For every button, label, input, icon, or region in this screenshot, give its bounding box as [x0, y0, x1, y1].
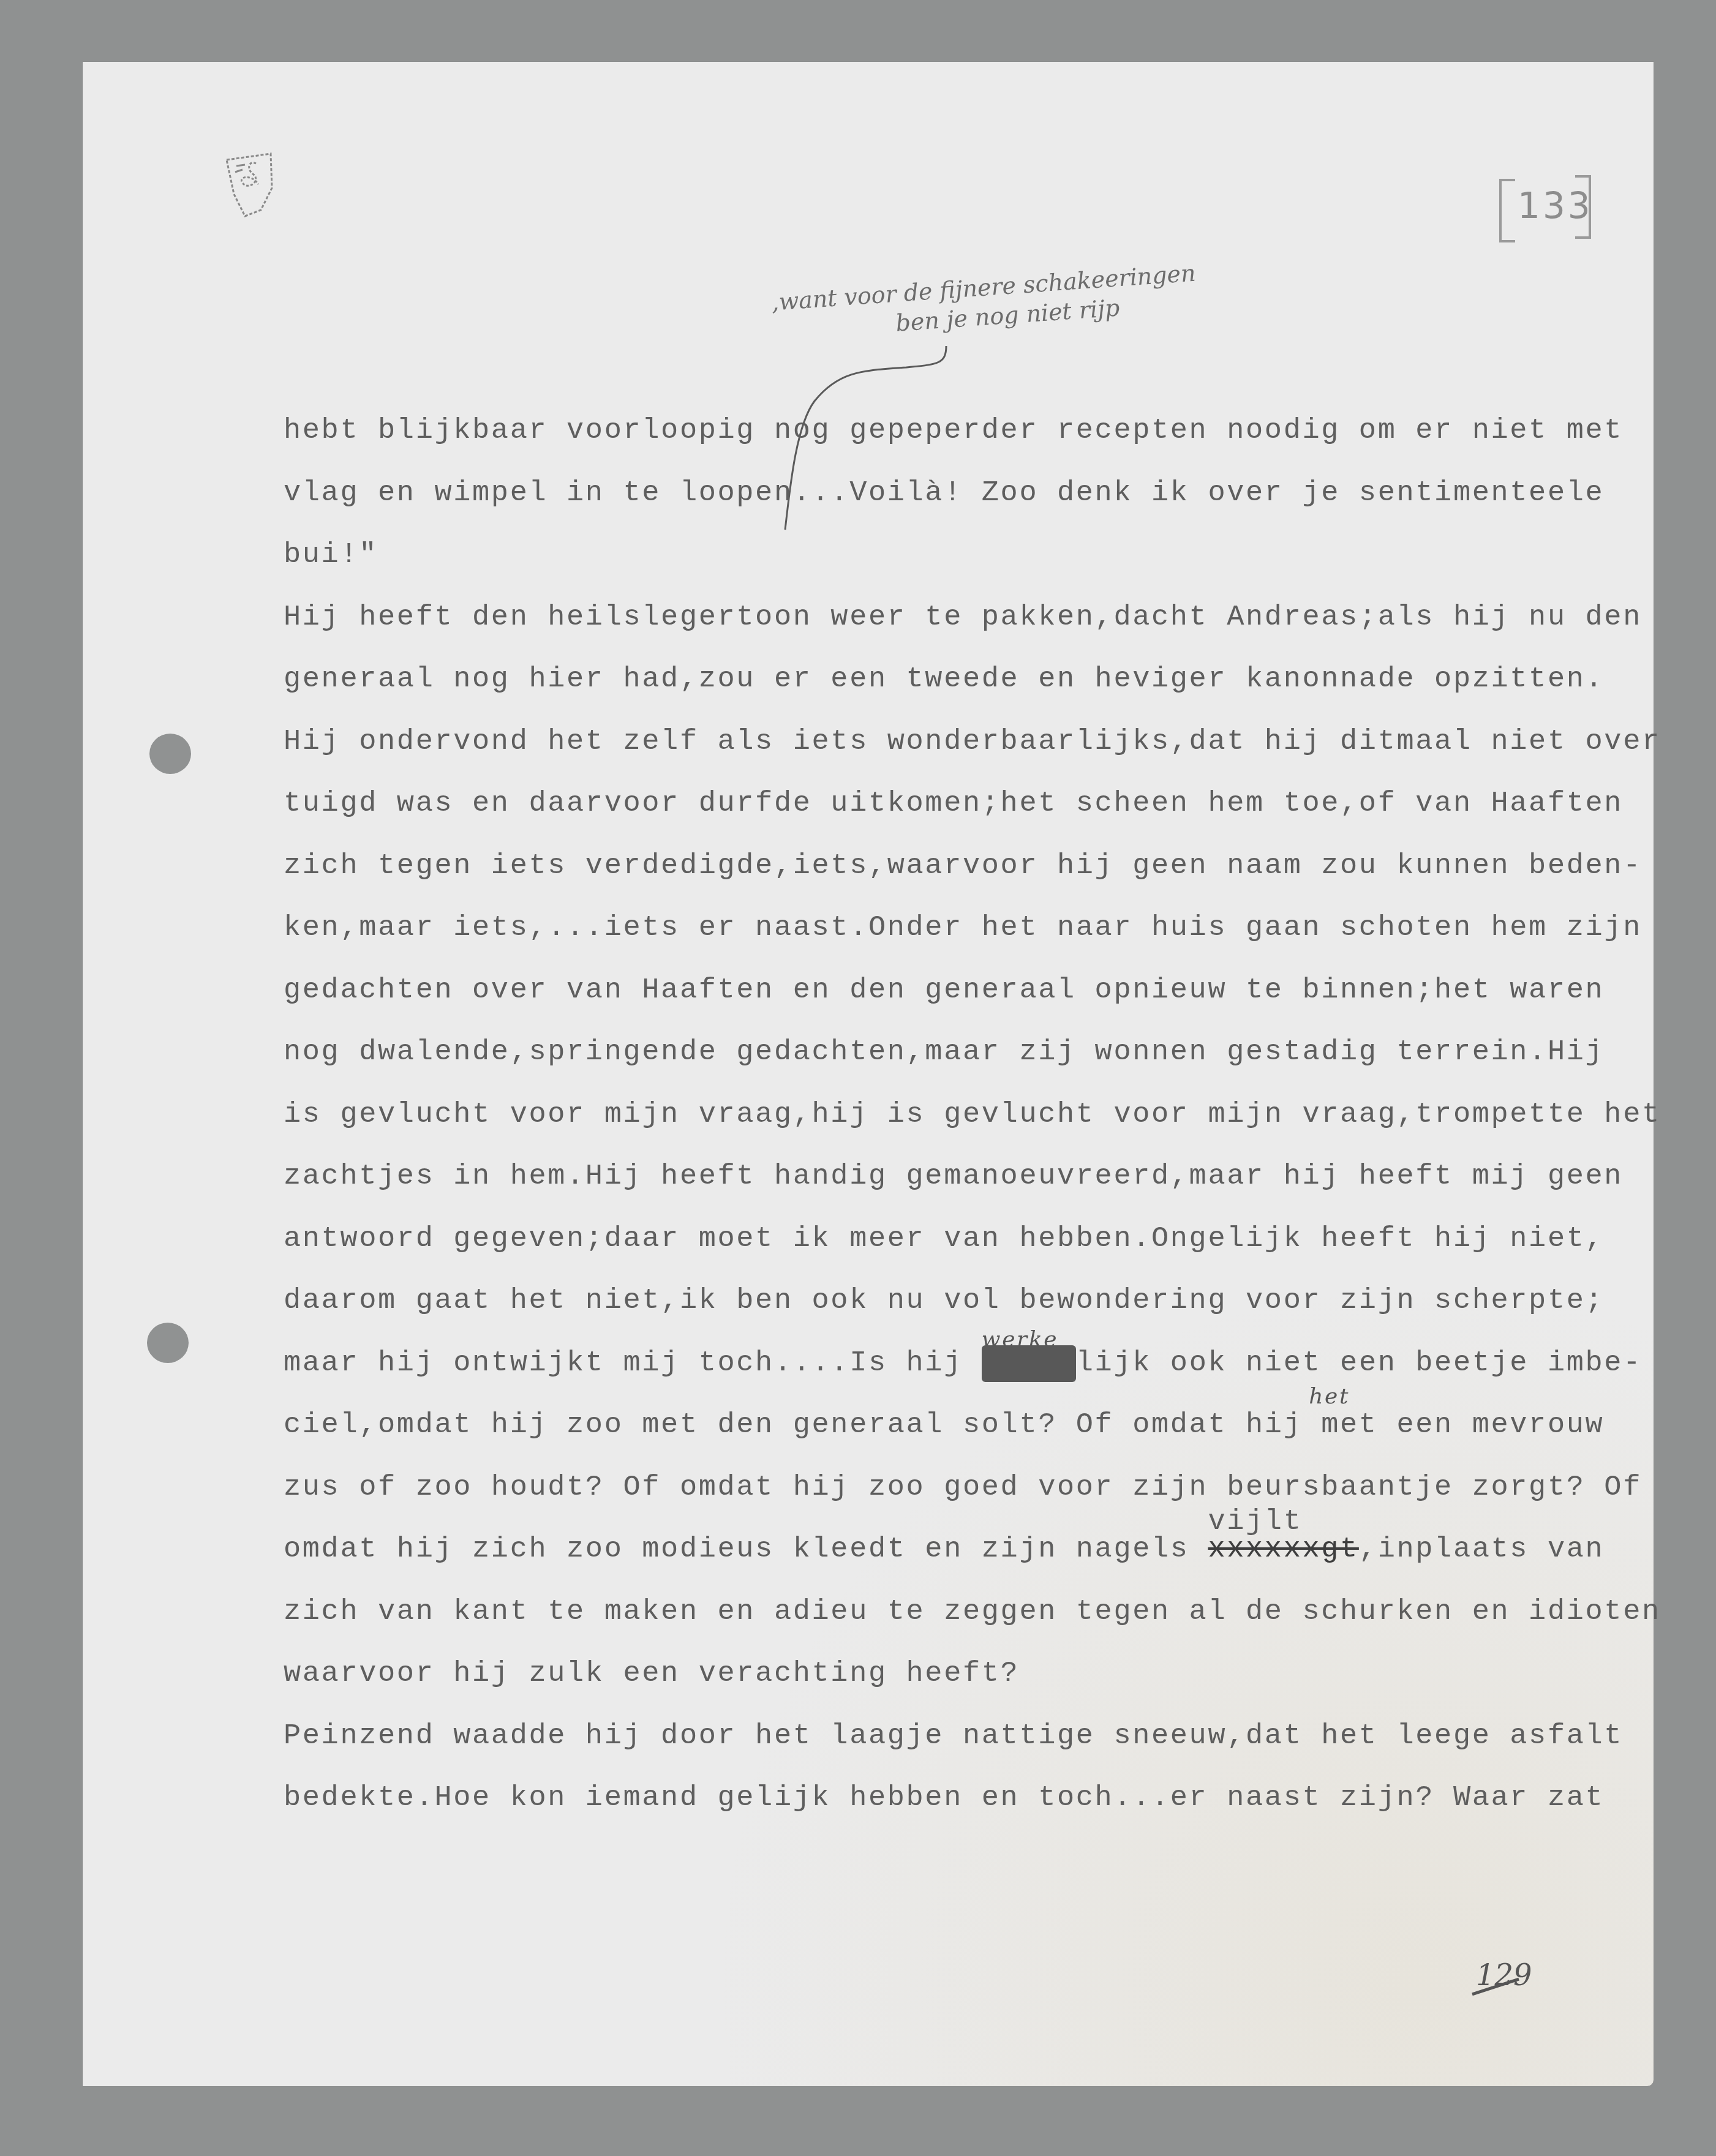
text-line-2: vlag en wimpel in te loopen...Voilà! Zoo…	[284, 475, 1655, 538]
punch-hole-lower	[147, 1323, 189, 1363]
struck-word-xxx: vijltxxxxxxgt	[1208, 1533, 1358, 1566]
punch-hole-upper	[149, 734, 191, 774]
text-line-20: zich van kant te maken en adieu te zegge…	[284, 1594, 1655, 1656]
text-line-12: is gevlucht voor mijn vraag,hij is gevlu…	[284, 1097, 1655, 1159]
text-line-8: zich tegen iets verdedigde,iets,waarvoor…	[284, 848, 1655, 911]
folio-number: 129	[1476, 1958, 1532, 1993]
text-line-16: maar hij ontwijkt mij toch....Is hij wer…	[284, 1345, 1655, 1408]
text-line-15: daarom gaat het niet,ik ben ook nu vol b…	[284, 1283, 1655, 1345]
text-line-7: tuigd was en daarvoor durfde uitkomen;he…	[284, 786, 1655, 848]
text-line-14: antwoord gegeven;daar moet ik meer van h…	[284, 1221, 1655, 1283]
text-line-1: hebt blijkbaar voorloopig nog gepeperder…	[284, 413, 1655, 475]
library-crest-stamp-icon	[224, 151, 276, 217]
typed-correction-vijlt: vijlt	[1208, 1504, 1302, 1541]
handwritten-insertion-het: het	[1309, 1378, 1350, 1415]
text-line-21: waarvoor hij zulk een verachting heeft?	[284, 1656, 1655, 1718]
typescript-body: hebt blijkbaar voorloopig nog gepeperder…	[284, 413, 1655, 1842]
text-line-9: ken,maar iets,...iets er naast.Onder het…	[284, 910, 1655, 972]
text-line-11: nog dwalende,springende gedachten,maar z…	[284, 1034, 1655, 1097]
text-line-4: Hij heeft den heilslegertoon weer te pak…	[284, 599, 1655, 662]
text-line-18: zus of zoo houdt? Of omdat hij zoo goed …	[284, 1470, 1655, 1532]
text-line-19: omdat hij zich zoo modieus kleedt en zij…	[284, 1531, 1655, 1594]
text-line-13: zachtjes in hem.Hij heeft handig gemanoe…	[284, 1159, 1655, 1221]
text-line-17: ciel,omdat hij zoo met den generaal solt…	[284, 1407, 1655, 1470]
archive-page-number: 133	[1499, 179, 1591, 240]
struck-word-eigen: werkeeigen	[982, 1347, 1076, 1380]
text-line-23: bedekte.Hoe kon iemand gelijk hebben en …	[284, 1780, 1655, 1842]
text-line-5: generaal nog hier had,zou er een tweede …	[284, 661, 1655, 724]
text-line-3: bui!"	[284, 537, 1655, 599]
text-line-6: Hij ondervond het zelf als iets wonderba…	[284, 724, 1655, 786]
text-line-22: Peinzend waadde hij door het laagje natt…	[284, 1718, 1655, 1781]
text-line-10: gedachten over van Haaften en den genera…	[284, 972, 1655, 1035]
